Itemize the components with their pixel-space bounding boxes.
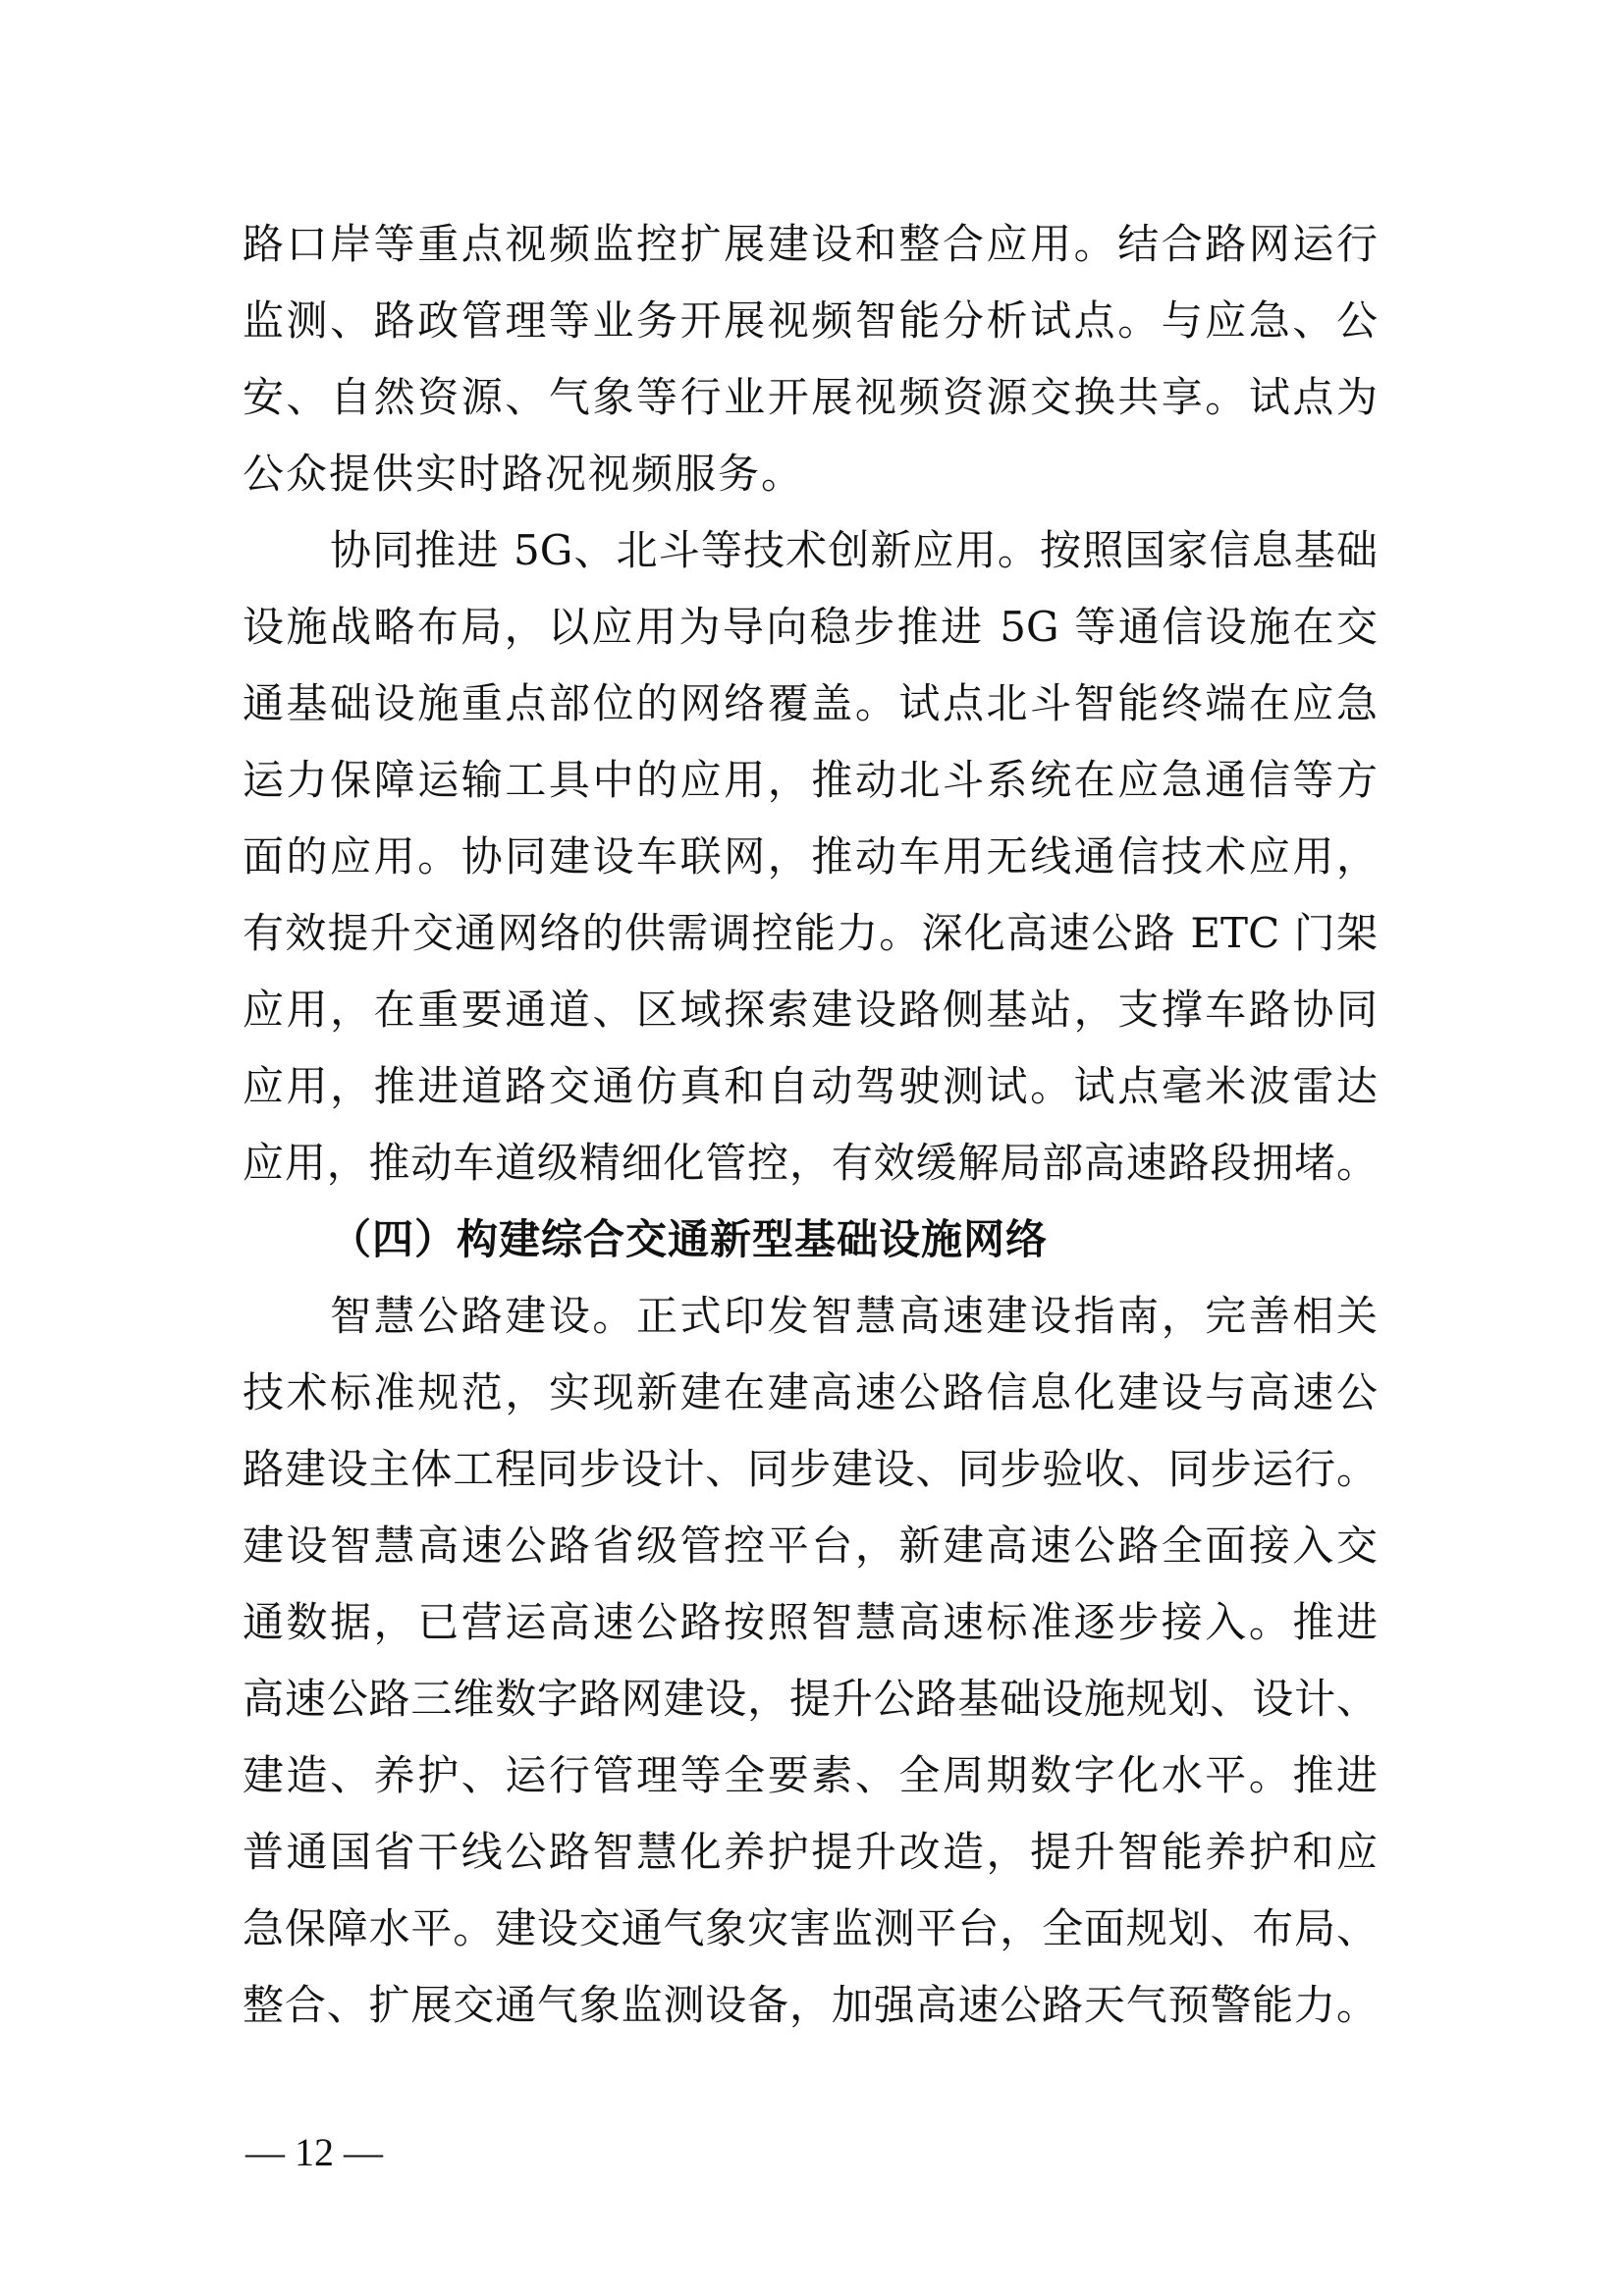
body-line: 建设智慧高速公路省级管控平台，新建高速公路全面接入交 xyxy=(243,1517,1378,1575)
body-line: 路建设主体工程同步设计、同步建设、同步验收、同步运行。 xyxy=(243,1440,1378,1499)
body-line: 面的应用。协同建设车联网，推动车用无线通信技术应用， xyxy=(243,828,1378,886)
body-line: 设施战略布局，以应用为导向稳步推进 5G 等通信设施在交 xyxy=(243,598,1378,657)
body-line: 有效提升交通网络的供需调控能力。深化高速公路 ETC 门架 xyxy=(243,904,1378,963)
body-line: 高速公路三维数字路网建设，提升公路基础设施规划、设计、 xyxy=(243,1670,1378,1729)
body-line: 运力保障运输工具中的应用，推动北斗系统在应急通信等方 xyxy=(243,751,1378,810)
body-line: 建造、养护、运行管理等全要素、全周期数字化水平。推进 xyxy=(243,1746,1378,1805)
document-page: 路口岸等重点视频监控扩展建设和整合应用。结合路网运行 监测、路政管理等业务开展视… xyxy=(0,0,1624,2296)
body-line: 急保障水平。建设交通气象灾害监测平台，全面规划、布局、 xyxy=(243,1899,1378,1958)
body-line: 协同推进 5G、北斗等技术创新应用。按照国家信息基础 xyxy=(330,521,1378,580)
body-line: 安、自然资源、气象等行业开展视频资源交换共享。试点为 xyxy=(243,368,1378,427)
body-line: 监测、路政管理等业务开展视频智能分析试点。与应急、公 xyxy=(243,292,1378,350)
body-line: 整合、扩展交通气象监测设备，加强高速公路天气预警能力。 xyxy=(243,1976,1378,2035)
body-line: 路口岸等重点视频监控扩展建设和整合应用。结合路网运行 xyxy=(243,215,1378,274)
body-line: 通基础设施重点部位的网络覆盖。试点北斗智能终端在应急 xyxy=(243,674,1378,733)
body-line: 公众提供实时路况视频服务。 xyxy=(243,445,1378,504)
body-line: 应用，在重要通道、区域探索建设路侧基站，支撑车路协同 xyxy=(243,981,1378,1040)
body-line: 应用，推动车道级精细化管控，有效缓解局部高速路段拥堵。 xyxy=(243,1134,1378,1193)
body-line: 技术标准规范，实现新建在建高速公路信息化建设与高速公 xyxy=(243,1363,1378,1422)
body-line: 通数据，已营运高速公路按照智慧高速标准逐步接入。推进 xyxy=(243,1593,1378,1652)
body-line: 普通国省干线公路智慧化养护提升改造，提升智能养护和应 xyxy=(243,1823,1378,1882)
page-number: — 12 — xyxy=(245,2128,383,2177)
body-line: 应用，推进道路交通仿真和自动驾驶测试。试点毫米波雷达 xyxy=(243,1057,1378,1116)
section-heading: （四）构建综合交通新型基础设施网络 xyxy=(330,1210,1378,1269)
body-line: 智慧公路建设。正式印发智慧高速建设指南，完善相关 xyxy=(330,1287,1378,1346)
